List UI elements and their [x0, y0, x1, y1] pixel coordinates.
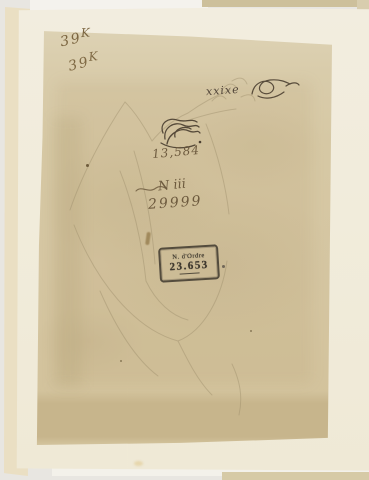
stamp-number: 23.653	[169, 259, 209, 273]
ink-dot	[222, 265, 225, 268]
paper-streak	[54, 117, 82, 387]
mark-letter: K	[80, 25, 92, 40]
mount-stain	[134, 461, 143, 466]
museum-inventory-stamp: N. d'Ordre 23.653	[158, 244, 220, 283]
paper-speck	[86, 164, 89, 167]
mark-letter: K	[88, 49, 100, 64]
backing-sheet-bottom-right	[222, 472, 369, 480]
backing-sheet-top-right	[202, 0, 369, 7]
stamp-underline	[180, 272, 200, 275]
paper-sheet	[36, 29, 332, 445]
scan-of-drawing-verso: 39K 39K xxixe 13,584 N iii 29999 N. d'Or…	[0, 0, 369, 480]
paper-speck	[250, 330, 252, 332]
handwritten-note-upper-right: xxixe	[206, 83, 240, 98]
inventory-prefix-n: N iii	[157, 177, 186, 195]
paper-speck	[120, 360, 122, 362]
paper-discoloration	[56, 81, 312, 383]
